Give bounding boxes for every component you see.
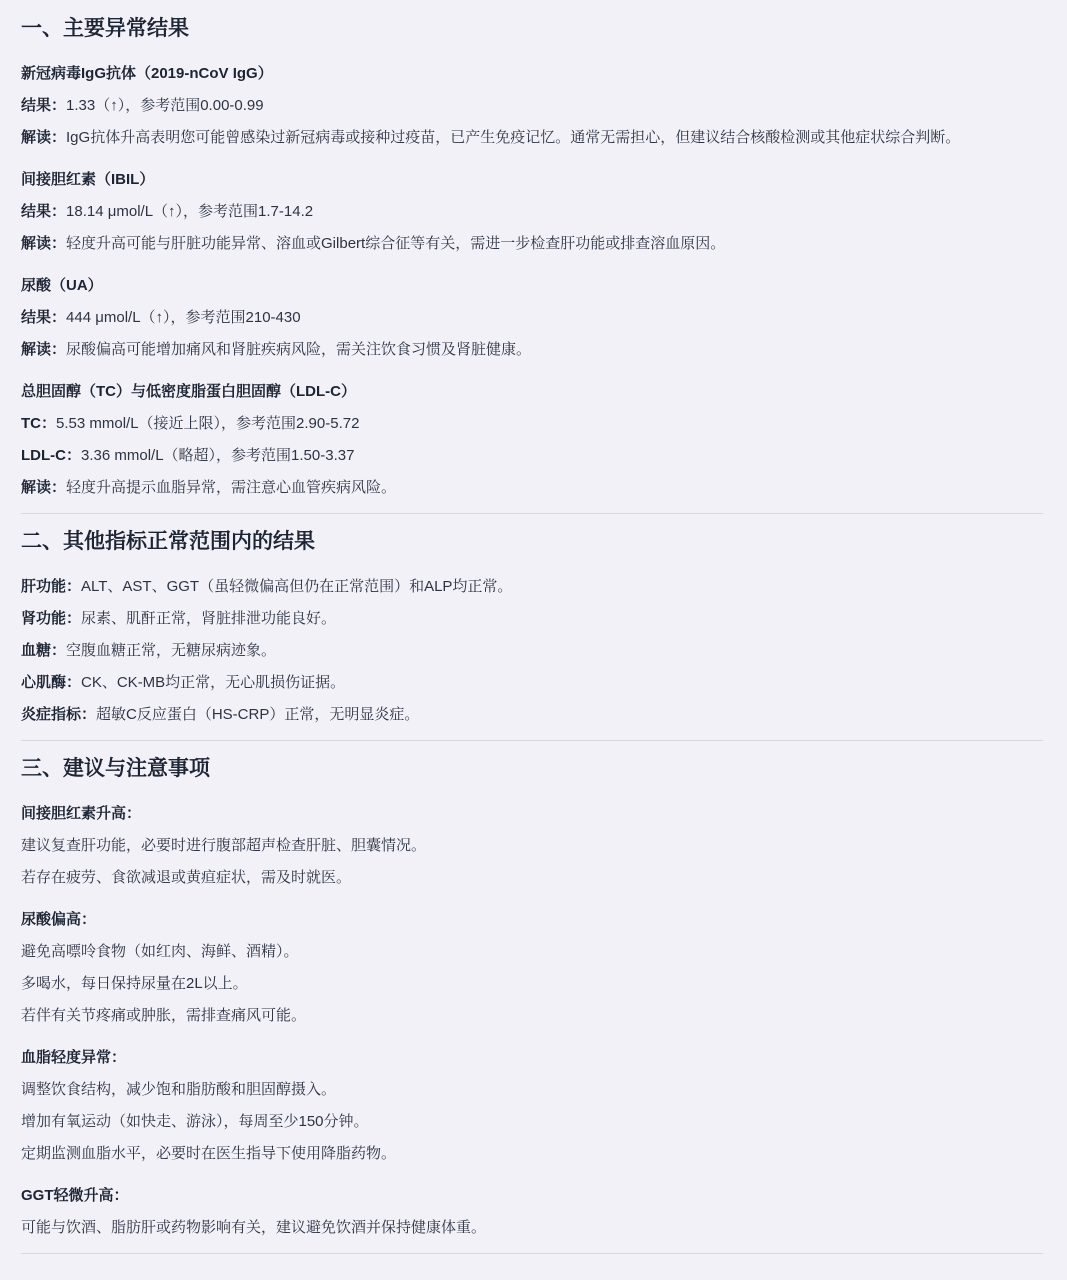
paragraph-label: 肾功能：: [21, 610, 81, 627]
report-section: 三、建议与注意事项间接胆红素升高：建议复查肝功能，必要时进行腹部超声检查肝脏、胆…: [21, 754, 1043, 1240]
item-subheading: GGT轻微升高：: [21, 1184, 1043, 1208]
labeled-paragraph: 肝功能：ALT、AST、GGT（虽轻微偏高但仍在正常范围）和ALP均正常。: [21, 575, 1043, 599]
paragraph-label: 解读：: [21, 341, 66, 358]
item-subheading: 尿酸（UA）: [21, 274, 1043, 298]
paragraph-text: 444 μmol/L（↑），参考范围210-430: [66, 309, 301, 326]
labeled-paragraph: 结果：18.14 μmol/L（↑），参考范围1.7-14.2: [21, 200, 1043, 224]
labeled-paragraph: 解读：轻度升高提示血脂异常，需注意心血管疾病风险。: [21, 476, 1043, 500]
paragraph-label: 解读：: [21, 235, 66, 252]
item-subheading: 尿酸偏高：: [21, 908, 1043, 932]
labeled-paragraph: 心肌酶：CK、CK-MB均正常，无心肌损伤证据。: [21, 671, 1043, 695]
item-subheading: 间接胆红素（IBIL）: [21, 168, 1043, 192]
labeled-paragraph: 肾功能：尿素、肌酐正常，肾脏排泄功能良好。: [21, 607, 1043, 631]
paragraph-label: 解读：: [21, 129, 66, 146]
paragraph-text: 5.53 mmol/L（接近上限），参考范围2.90-5.72: [56, 415, 359, 432]
labeled-paragraph: 解读：轻度升高可能与肝脏功能异常、溶血或Gilbert综合征等有关，需进一步检查…: [21, 232, 1043, 256]
item-subheading: 新冠病毒IgG抗体（2019-nCoV IgG）: [21, 62, 1043, 86]
item-subheading: 血脂轻度异常：: [21, 1046, 1043, 1070]
report-document: 一、主要异常结果新冠病毒IgG抗体（2019-nCoV IgG）结果：1.33（…: [21, 14, 1043, 1254]
section-divider: [21, 740, 1043, 741]
paragraph-label: 解读：: [21, 479, 66, 496]
labeled-paragraph: 解读：IgG抗体升高表明您可能曾感染过新冠病毒或接种过疫苗，已产生免疫记忆。通常…: [21, 126, 1043, 150]
item-subheading: 间接胆红素升高：: [21, 802, 1043, 826]
labeled-paragraph: TC：5.53 mmol/L（接近上限），参考范围2.90-5.72: [21, 412, 1043, 436]
paragraph-label: 结果：: [21, 309, 66, 326]
report-section: 一、主要异常结果新冠病毒IgG抗体（2019-nCoV IgG）结果：1.33（…: [21, 14, 1043, 500]
section-divider: [21, 513, 1043, 514]
paragraph-text: 超敏C反应蛋白（HS-CRP）正常，无明显炎症。: [96, 706, 419, 723]
section-title: 三、建议与注意事项: [21, 754, 1043, 784]
labeled-paragraph: LDL-C：3.36 mmol/L（略超），参考范围1.50-3.37: [21, 444, 1043, 468]
labeled-paragraph: 解读：尿酸偏高可能增加痛风和肾脏疾病风险，需关注饮食习惯及肾脏健康。: [21, 338, 1043, 362]
section-title: 二、其他指标正常范围内的结果: [21, 527, 1043, 557]
paragraph: 若存在疲劳、食欲减退或黄疸症状，需及时就医。: [21, 866, 1043, 890]
paragraph: 可能与饮酒、脂肪肝或药物影响有关，建议避免饮酒并保持健康体重。: [21, 1216, 1043, 1240]
paragraph-text: 1.33（↑），参考范围0.00-0.99: [66, 97, 264, 114]
paragraph: 若伴有关节疼痛或肿胀，需排查痛风可能。: [21, 1004, 1043, 1028]
labeled-paragraph: 炎症指标：超敏C反应蛋白（HS-CRP）正常，无明显炎症。: [21, 703, 1043, 727]
paragraph-label: 结果：: [21, 203, 66, 220]
section-divider: [21, 1253, 1043, 1254]
paragraph-text: 空腹血糖正常，无糖尿病迹象。: [66, 642, 276, 659]
paragraph-label: LDL-C：: [21, 447, 81, 464]
paragraph: 定期监测血脂水平，必要时在医生指导下使用降脂药物。: [21, 1142, 1043, 1166]
labeled-paragraph: 结果：1.33（↑），参考范围0.00-0.99: [21, 94, 1043, 118]
item-subheading: 总胆固醇（TC）与低密度脂蛋白胆固醇（LDL-C）: [21, 380, 1043, 404]
paragraph-label: 血糖：: [21, 642, 66, 659]
paragraph-text: ALT、AST、GGT（虽轻微偏高但仍在正常范围）和ALP均正常。: [81, 578, 512, 595]
paragraph: 增加有氧运动（如快走、游泳），每周至少150分钟。: [21, 1110, 1043, 1134]
paragraph-text: IgG抗体升高表明您可能曾感染过新冠病毒或接种过疫苗，已产生免疫记忆。通常无需担…: [66, 129, 960, 146]
paragraph-label: 结果：: [21, 97, 66, 114]
paragraph: 避免高嘌呤食物（如红肉、海鲜、酒精）。: [21, 940, 1043, 964]
paragraph-text: 轻度升高可能与肝脏功能异常、溶血或Gilbert综合征等有关，需进一步检查肝功能…: [66, 235, 725, 252]
section-title: 一、主要异常结果: [21, 14, 1043, 44]
labeled-paragraph: 血糖：空腹血糖正常，无糖尿病迹象。: [21, 639, 1043, 663]
paragraph: 建议复查肝功能，必要时进行腹部超声检查肝脏、胆囊情况。: [21, 834, 1043, 858]
paragraph: 多喝水，每日保持尿量在2L以上。: [21, 972, 1043, 996]
paragraph-label: 肝功能：: [21, 578, 81, 595]
paragraph-text: 尿素、肌酐正常，肾脏排泄功能良好。: [81, 610, 336, 627]
paragraph-text: 轻度升高提示血脂异常，需注意心血管疾病风险。: [66, 479, 396, 496]
paragraph: 调整饮食结构，减少饱和脂肪酸和胆固醇摄入。: [21, 1078, 1043, 1102]
paragraph-text: 18.14 μmol/L（↑），参考范围1.7-14.2: [66, 203, 313, 220]
labeled-paragraph: 结果：444 μmol/L（↑），参考范围210-430: [21, 306, 1043, 330]
paragraph-text: 尿酸偏高可能增加痛风和肾脏疾病风险，需关注饮食习惯及肾脏健康。: [66, 341, 531, 358]
paragraph-label: TC：: [21, 415, 56, 432]
paragraph-text: 3.36 mmol/L（略超），参考范围1.50-3.37: [81, 447, 354, 464]
paragraph-label: 心肌酶：: [21, 674, 81, 691]
paragraph-label: 炎症指标：: [21, 706, 96, 723]
report-section: 二、其他指标正常范围内的结果肝功能：ALT、AST、GGT（虽轻微偏高但仍在正常…: [21, 527, 1043, 727]
paragraph-text: CK、CK-MB均正常，无心肌损伤证据。: [81, 674, 345, 691]
